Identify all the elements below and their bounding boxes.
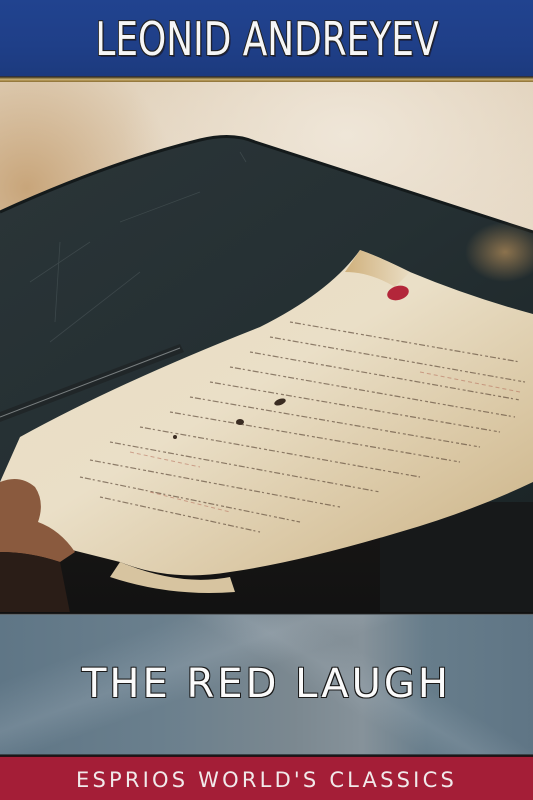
author-name: LEONID ANDREYEV	[95, 12, 438, 66]
title-band: THE RED LAUGH	[0, 615, 533, 755]
series-band: ESPRIOS WORLD'S CLASSICS	[0, 757, 533, 800]
book-cover: LEONID ANDREYEV	[0, 0, 533, 800]
cover-photo	[0, 82, 533, 613]
series-name: ESPRIOS WORLD'S CLASSICS	[76, 768, 457, 792]
author-band: LEONID ANDREYEV	[0, 0, 533, 76]
book-title: THE RED LAUGH	[82, 661, 451, 707]
photo-illustration	[0, 82, 533, 613]
